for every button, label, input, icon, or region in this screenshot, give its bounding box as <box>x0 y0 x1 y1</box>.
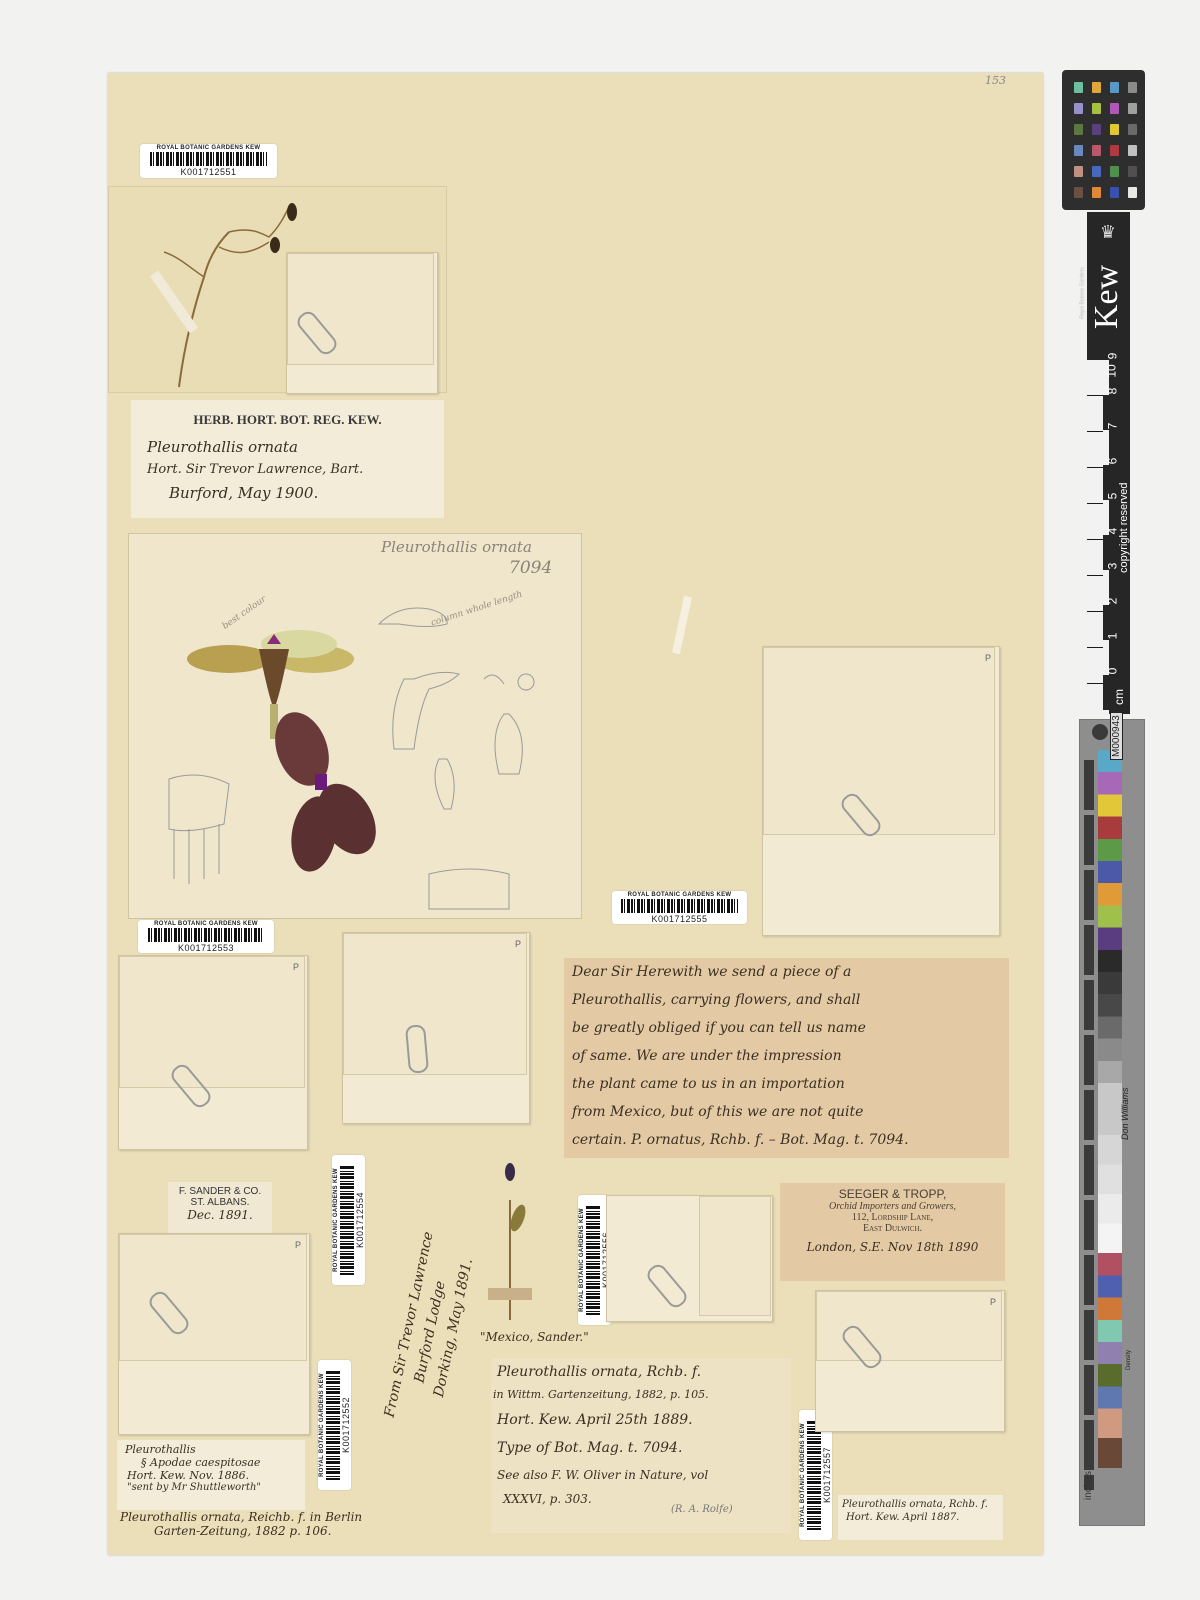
barcode-number: K001712555 <box>651 914 707 924</box>
packet-mark: P <box>990 1297 996 1307</box>
letter-line: Dear Sir Herewith we send a piece of a <box>572 964 851 980</box>
color-chip <box>1074 124 1083 135</box>
letter-line: be greatly obliged if you can tell us na… <box>572 1020 866 1036</box>
color-chip <box>1110 166 1119 177</box>
scale-tick-label: 4 <box>1105 528 1119 535</box>
color-chip <box>1110 187 1119 198</box>
barcode-title: ROYAL BOTANIC GARDENS KEW <box>333 1168 339 1272</box>
paper-clip-icon <box>405 1024 429 1074</box>
scale-tick-label: 2 <box>1105 598 1119 605</box>
main-specimen-label: HERB. HORT. BOT. REG. KEW. Pleurothallis… <box>131 400 444 518</box>
letter-line: from Mexico, but of this we are not quit… <box>572 1104 863 1120</box>
label-species-name: Pleurothallis ornata <box>147 438 298 456</box>
barcode-bars <box>326 1370 340 1480</box>
density-label: Density <box>1126 1350 1132 1370</box>
color-chip <box>1092 103 1101 114</box>
hort-kew-1887-line: Hort. Kew. April 1887. <box>838 1510 1003 1525</box>
determination-line: See also F. W. Oliver in Nature, vol <box>497 1468 708 1482</box>
specimen-packet[interactable]: P <box>118 1233 310 1435</box>
color-chip <box>1092 145 1101 156</box>
barcode-title: ROYAL BOTANIC GARDENS KEW <box>319 1373 325 1477</box>
botanical-illustration: Pleurothallis ornata 7094 best colour co… <box>128 533 582 919</box>
letterhead-tagline: Orchid Importers and Growers, <box>780 1201 1005 1212</box>
apoda-line: Hort. Kew. Nov. 1886. <box>117 1469 305 1482</box>
barcode-bars <box>340 1165 354 1275</box>
color-target-strip: centimeters M000943 Don Williams Density… <box>1079 719 1145 1526</box>
color-chip <box>1110 103 1119 114</box>
barcode-label: ROYAL BOTANIC GARDENS KEW K001712551 <box>140 144 277 178</box>
scale-tick-label: 3 <box>1105 563 1119 570</box>
color-chip <box>1128 166 1137 177</box>
color-chip <box>1092 124 1101 135</box>
packet-mark: P <box>293 962 299 972</box>
packet-flap <box>287 253 434 365</box>
barcode-label: ROYAL BOTANIC GARDENS KEW K001712553 <box>138 920 274 953</box>
apoda-line: § Apodae caespitosae <box>117 1456 305 1469</box>
sander-label: F. SANDER & CO. ST. ALBANS. Dec. 1891. <box>168 1182 272 1234</box>
barcode-number: K001712552 <box>341 1397 351 1453</box>
scale-ticks-alt <box>1103 360 1109 714</box>
sander-company: F. SANDER & CO. <box>168 1186 272 1197</box>
scale-tick-label: 8 <box>1105 388 1119 395</box>
specimen-packet[interactable]: P <box>815 1290 1005 1432</box>
institution-stamp: HERB. HORT. BOT. REG. KEW. <box>131 412 444 428</box>
color-chip <box>1110 145 1119 156</box>
determination-line: in Wittm. Gartenzeitung, 1882, p. 105. <box>493 1388 709 1401</box>
berlin-note: Pleurothallis ornata, Reichb. f. in Berl… <box>120 1510 362 1538</box>
determination-line: Hort. Kew. April 25th 1889. <box>497 1412 693 1428</box>
scale-tick-label: 9 <box>1105 353 1119 360</box>
scale-tick-label: 0 <box>1105 668 1119 675</box>
color-patches <box>1098 750 1122 1490</box>
label-collector: Hort. Sir Trevor Lawrence, Bart. <box>147 462 363 477</box>
apoda-line: "sent by Mr Shuttleworth" <box>117 1482 305 1493</box>
specimen-packet[interactable]: P <box>118 955 308 1150</box>
packet-flap <box>343 933 527 1075</box>
scale-ticks <box>1087 360 1103 714</box>
hort-kew-1887-label: Pleurothallis ornata, Rchb. f. Hort. Kew… <box>838 1495 1003 1540</box>
kew-logo-subtitle: Royal Botanic Gardens <box>1080 267 1086 318</box>
flowering-specimen <box>480 1160 540 1320</box>
label-locality-date: Burford, May 1900. <box>169 484 318 502</box>
barcode-bars <box>621 899 737 913</box>
color-chip <box>1110 124 1119 135</box>
color-chip <box>1074 145 1083 156</box>
barcode-label: ROYAL BOTANIC GARDENS KEW K001712554 <box>332 1155 365 1285</box>
packet-flap <box>699 1196 771 1316</box>
berlin-note-line: Garten-Zeitung, 1882 p. 106. <box>120 1524 362 1538</box>
barcode-title: ROYAL BOTANIC GARDENS KEW <box>628 892 732 898</box>
mexico-note: "Mexico, Sander." <box>480 1330 589 1344</box>
packet-flap <box>119 1234 307 1361</box>
letterhead-address: East Dulwich. <box>780 1223 1005 1234</box>
barcode-title: ROYAL BOTANIC GARDENS KEW <box>154 921 258 927</box>
seeger-tropp-letter: Dear Sir Herewith we send a piece of a P… <box>564 958 1009 1158</box>
kew-logo: Kew <box>1088 265 1126 329</box>
scale-tick-label: 6 <box>1105 458 1119 465</box>
paper-clip-icon <box>644 1261 690 1311</box>
color-chip <box>1128 124 1137 135</box>
packet-mark: P <box>515 939 521 949</box>
specimen-packet[interactable]: P <box>762 646 1000 936</box>
sheet-corner-mark: 153 <box>985 74 1006 87</box>
barcode-number: K001712554 <box>355 1192 365 1248</box>
apoda-line: Pleurothallis <box>117 1440 305 1456</box>
specimen-packet[interactable] <box>606 1195 773 1322</box>
color-chip <box>1092 166 1101 177</box>
letter-line: certain. P. ornatus, Rchb. f. – Bot. Mag… <box>572 1132 909 1148</box>
color-chip <box>1128 103 1137 114</box>
colorchecker-card <box>1062 70 1145 210</box>
packet-flap <box>119 956 305 1088</box>
letterhead-address: 112, Lordship Lane, <box>780 1212 1005 1223</box>
inches-label: inches <box>1083 1471 1094 1500</box>
letterhead: SEEGER & TROPP, Orchid Importers and Gro… <box>780 1183 1005 1281</box>
barcode-number: K001712557 <box>822 1447 832 1503</box>
berlin-note-line: Pleurothallis ornata, Reichb. f. in Berl… <box>120 1510 362 1524</box>
sander-date: Dec. 1891. <box>168 1208 272 1222</box>
letter-line: the plant came to us in an importation <box>572 1076 845 1092</box>
barcode-rotated: ROYAL BOTANIC GARDENS KEW K001712552 <box>319 1370 351 1480</box>
color-chip <box>1092 187 1101 198</box>
letter-line: of same. We are under the impression <box>572 1048 842 1064</box>
kew-scale-bar: ♛ Kew Royal Botanic Gardens copyright re… <box>1087 212 1130 714</box>
scale-tick-label: 10 <box>1105 364 1119 377</box>
target-maker: Don Williams <box>1120 1088 1130 1140</box>
packet-mark: P <box>295 1240 301 1250</box>
letter-place-date: London, S.E. Nov 18th 1890 <box>780 1240 1005 1254</box>
copyright-text: copyright reserved <box>1118 483 1130 573</box>
apoda-label: Pleurothallis § Apodae caespitosae Hort.… <box>117 1440 305 1510</box>
target-id: M000943 <box>1110 712 1123 760</box>
determination-label: Pleurothallis ornata, Rchb. f. in Wittm.… <box>491 1358 791 1533</box>
packet-flap <box>763 647 995 835</box>
barcode-rotated: ROYAL BOTANIC GARDENS KEW K001712554 <box>333 1165 365 1275</box>
specimen-packet[interactable] <box>286 252 438 394</box>
barcode-title: ROYAL BOTANIC GARDENS KEW <box>800 1423 806 1527</box>
barcode-rotated: ROYAL BOTANIC GARDENS KEW K001712557 <box>800 1420 832 1530</box>
color-chip <box>1074 103 1083 114</box>
letter-line: Pleurothallis, carrying flowers, and sha… <box>572 992 860 1008</box>
letterhead-company: SEEGER & TROPP, <box>780 1187 1005 1201</box>
barcode-label: ROYAL BOTANIC GARDENS KEW K001712552 <box>318 1360 351 1490</box>
color-chip <box>1110 82 1119 93</box>
packet-flap <box>816 1291 1002 1361</box>
hort-kew-1887-line: Pleurothallis ornata, Rchb. f. <box>838 1495 1003 1510</box>
scale-tick-label: 1 <box>1105 633 1119 640</box>
orchid-drawings <box>129 534 581 918</box>
barcode-bars <box>807 1420 821 1530</box>
barcode-title: ROYAL BOTANIC GARDENS KEW <box>579 1208 585 1312</box>
scale-tick-label: 5 <box>1105 493 1119 500</box>
color-chip <box>1092 82 1101 93</box>
packet-mark: P <box>985 653 991 663</box>
scale-tick-label: 7 <box>1105 423 1119 430</box>
ruler-bar <box>1084 760 1094 1490</box>
color-chip <box>1074 166 1083 177</box>
determination-line: Type of Bot. Mag. t. 7094. <box>497 1440 682 1456</box>
barcode-bars <box>148 928 265 942</box>
registration-dot <box>1092 724 1108 740</box>
kew-crest-icon: ♛ <box>1093 222 1123 252</box>
barcode-bars <box>150 152 268 166</box>
sander-town: ST. ALBANS. <box>168 1197 272 1208</box>
barcode-title: ROYAL BOTANIC GARDENS KEW <box>157 145 261 151</box>
determiner-signature: (R. A. Rolfe) <box>671 1504 733 1515</box>
specimen-packet[interactable]: P <box>342 932 530 1124</box>
color-chip <box>1074 187 1083 198</box>
scale-unit: cm <box>1112 689 1126 705</box>
color-chip <box>1128 82 1137 93</box>
barcode-bars <box>586 1205 600 1315</box>
color-chip <box>1128 145 1137 156</box>
barcode-label: ROYAL BOTANIC GARDENS KEW K001712555 <box>612 891 747 924</box>
barcode-number: K001712551 <box>180 167 236 177</box>
determination-line: XXXVI, p. 303. <box>503 1492 592 1506</box>
color-chip <box>1128 187 1137 198</box>
barcode-number: K001712553 <box>178 943 234 953</box>
color-chip <box>1074 82 1083 93</box>
determination-line: Pleurothallis ornata, Rchb. f. <box>497 1364 701 1380</box>
